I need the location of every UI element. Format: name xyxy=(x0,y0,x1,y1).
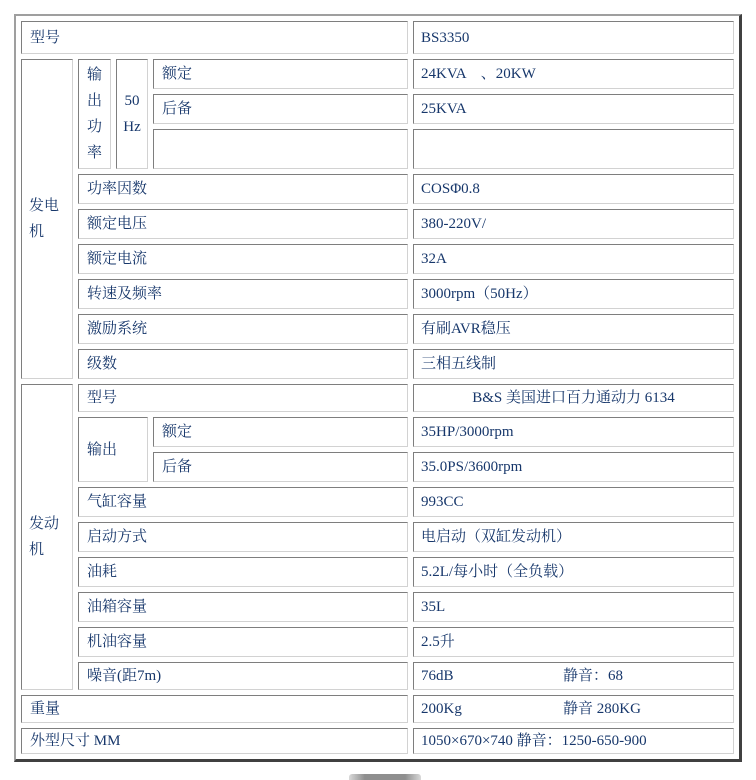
weight-value-silent: 静音 280KG xyxy=(563,699,641,719)
attr-label-cell: 转速及频率 xyxy=(78,279,408,309)
attr-value-cell: 三相五线制 xyxy=(413,349,734,379)
attr-label-cell: 机油容量 xyxy=(78,627,408,657)
model-row: 型号 BS3350 xyxy=(21,21,734,54)
attr-value-cell: 有刷AVR稳压 xyxy=(413,314,734,344)
noise-value-primary: 76dB xyxy=(421,666,563,686)
engine-model-value-cell: B&S 美国进口百力通动力 6134 xyxy=(413,384,734,412)
weight-row: 重量 200Kg 静音 280KG xyxy=(21,695,734,723)
attr-value-cell: COSΦ0.8 xyxy=(413,174,734,204)
rated-current-row: 额定电流 32A xyxy=(21,244,734,274)
attr-label-cell: 级数 xyxy=(78,349,408,379)
engine-model-row: 发动机 型号 B&S 美国进口百力通动力 6134 xyxy=(21,384,734,412)
standby-label-cell: 后备 xyxy=(153,94,408,124)
engine-rated-row: 输出 额定 35HP/3000rpm xyxy=(21,417,734,447)
fuel-consumption-row: 油耗 5.2L/每小时（全负载） xyxy=(21,557,734,587)
attr-value-cell: 32A xyxy=(413,244,734,274)
engine-section-cell: 发动机 xyxy=(21,384,73,690)
noise-value-silent: 静音：68 xyxy=(563,666,623,686)
noise-value-cell: 76dB 静音：68 xyxy=(413,662,734,690)
empty-value-cell xyxy=(413,129,734,169)
engine-output-label-cell: 输出 xyxy=(78,417,148,482)
attr-label-cell: 启动方式 xyxy=(78,522,408,552)
dimensions-label-cell: 外型尺寸 MM xyxy=(21,728,408,754)
attr-value-cell: 2.5升 xyxy=(413,627,734,657)
partial-button[interactable] xyxy=(349,774,421,780)
attr-value-cell: 电启动（双缸发动机） xyxy=(413,522,734,552)
weight-label-cell: 重量 xyxy=(21,695,408,723)
engine-rated-label-cell: 额定 xyxy=(153,417,408,447)
rated-voltage-row: 额定电压 380-220V/ xyxy=(21,209,734,239)
frequency-cell: 50 Hz xyxy=(116,59,148,169)
fuel-tank-row: 油箱容量 35L xyxy=(21,592,734,622)
model-value-cell: BS3350 xyxy=(413,21,734,54)
oil-capacity-row: 机油容量 2.5升 xyxy=(21,627,734,657)
model-label-cell: 型号 xyxy=(21,21,408,54)
displacement-row: 气缸容量 993CC xyxy=(21,487,734,517)
attr-label-cell: 额定电压 xyxy=(78,209,408,239)
noise-row: 噪音(距7m) 76dB 静音：68 xyxy=(21,662,734,690)
weight-value-cell: 200Kg 静音 280KG xyxy=(413,695,734,723)
empty-label-cell xyxy=(153,129,408,169)
rated-label-cell: 额定 xyxy=(153,59,408,89)
engine-rated-value-cell: 35HP/3000rpm xyxy=(413,417,734,447)
rated-value-cell: 24KVA 、20KW xyxy=(413,59,734,89)
attr-label-cell: 额定电流 xyxy=(78,244,408,274)
attr-value-cell: 3000rpm（50Hz） xyxy=(413,279,734,309)
start-mode-row: 启动方式 电启动（双缸发动机） xyxy=(21,522,734,552)
attr-label-cell: 气缸容量 xyxy=(78,487,408,517)
power-factor-row: 功率因数 COSΦ0.8 xyxy=(21,174,734,204)
engine-standby-label-cell: 后备 xyxy=(153,452,408,482)
dimensions-value-cell: 1050×670×740 静音：1250-650-900 xyxy=(413,728,734,754)
spec-table: 型号 BS3350 发电机 输出功率 50 Hz 额定 24KVA 、20KW … xyxy=(14,14,742,762)
phase-row: 级数 三相五线制 xyxy=(21,349,734,379)
attr-value-cell: 380-220V/ xyxy=(413,209,734,239)
noise-label-cell: 噪音(距7m) xyxy=(78,662,408,690)
attr-label-cell: 油耗 xyxy=(78,557,408,587)
attr-value-cell: 35L xyxy=(413,592,734,622)
speed-frequency-row: 转速及频率 3000rpm（50Hz） xyxy=(21,279,734,309)
attr-label-cell: 激励系统 xyxy=(78,314,408,344)
generator-rated-row: 发电机 输出功率 50 Hz 额定 24KVA 、20KW xyxy=(21,59,734,89)
weight-value-primary: 200Kg xyxy=(421,699,563,719)
engine-standby-value-cell: 35.0PS/3600rpm xyxy=(413,452,734,482)
standby-value-cell: 25KVA xyxy=(413,94,734,124)
engine-model-label-cell: 型号 xyxy=(78,384,408,412)
attr-value-cell: 993CC xyxy=(413,487,734,517)
dimensions-row: 外型尺寸 MM 1050×670×740 静音：1250-650-900 xyxy=(21,728,734,754)
generator-section-cell: 发电机 xyxy=(21,59,73,379)
attr-value-cell: 5.2L/每小时（全负载） xyxy=(413,557,734,587)
output-power-label-cell: 输出功率 xyxy=(78,59,111,169)
attr-label-cell: 油箱容量 xyxy=(78,592,408,622)
excitation-row: 激励系统 有刷AVR稳压 xyxy=(21,314,734,344)
attr-label-cell: 功率因数 xyxy=(78,174,408,204)
